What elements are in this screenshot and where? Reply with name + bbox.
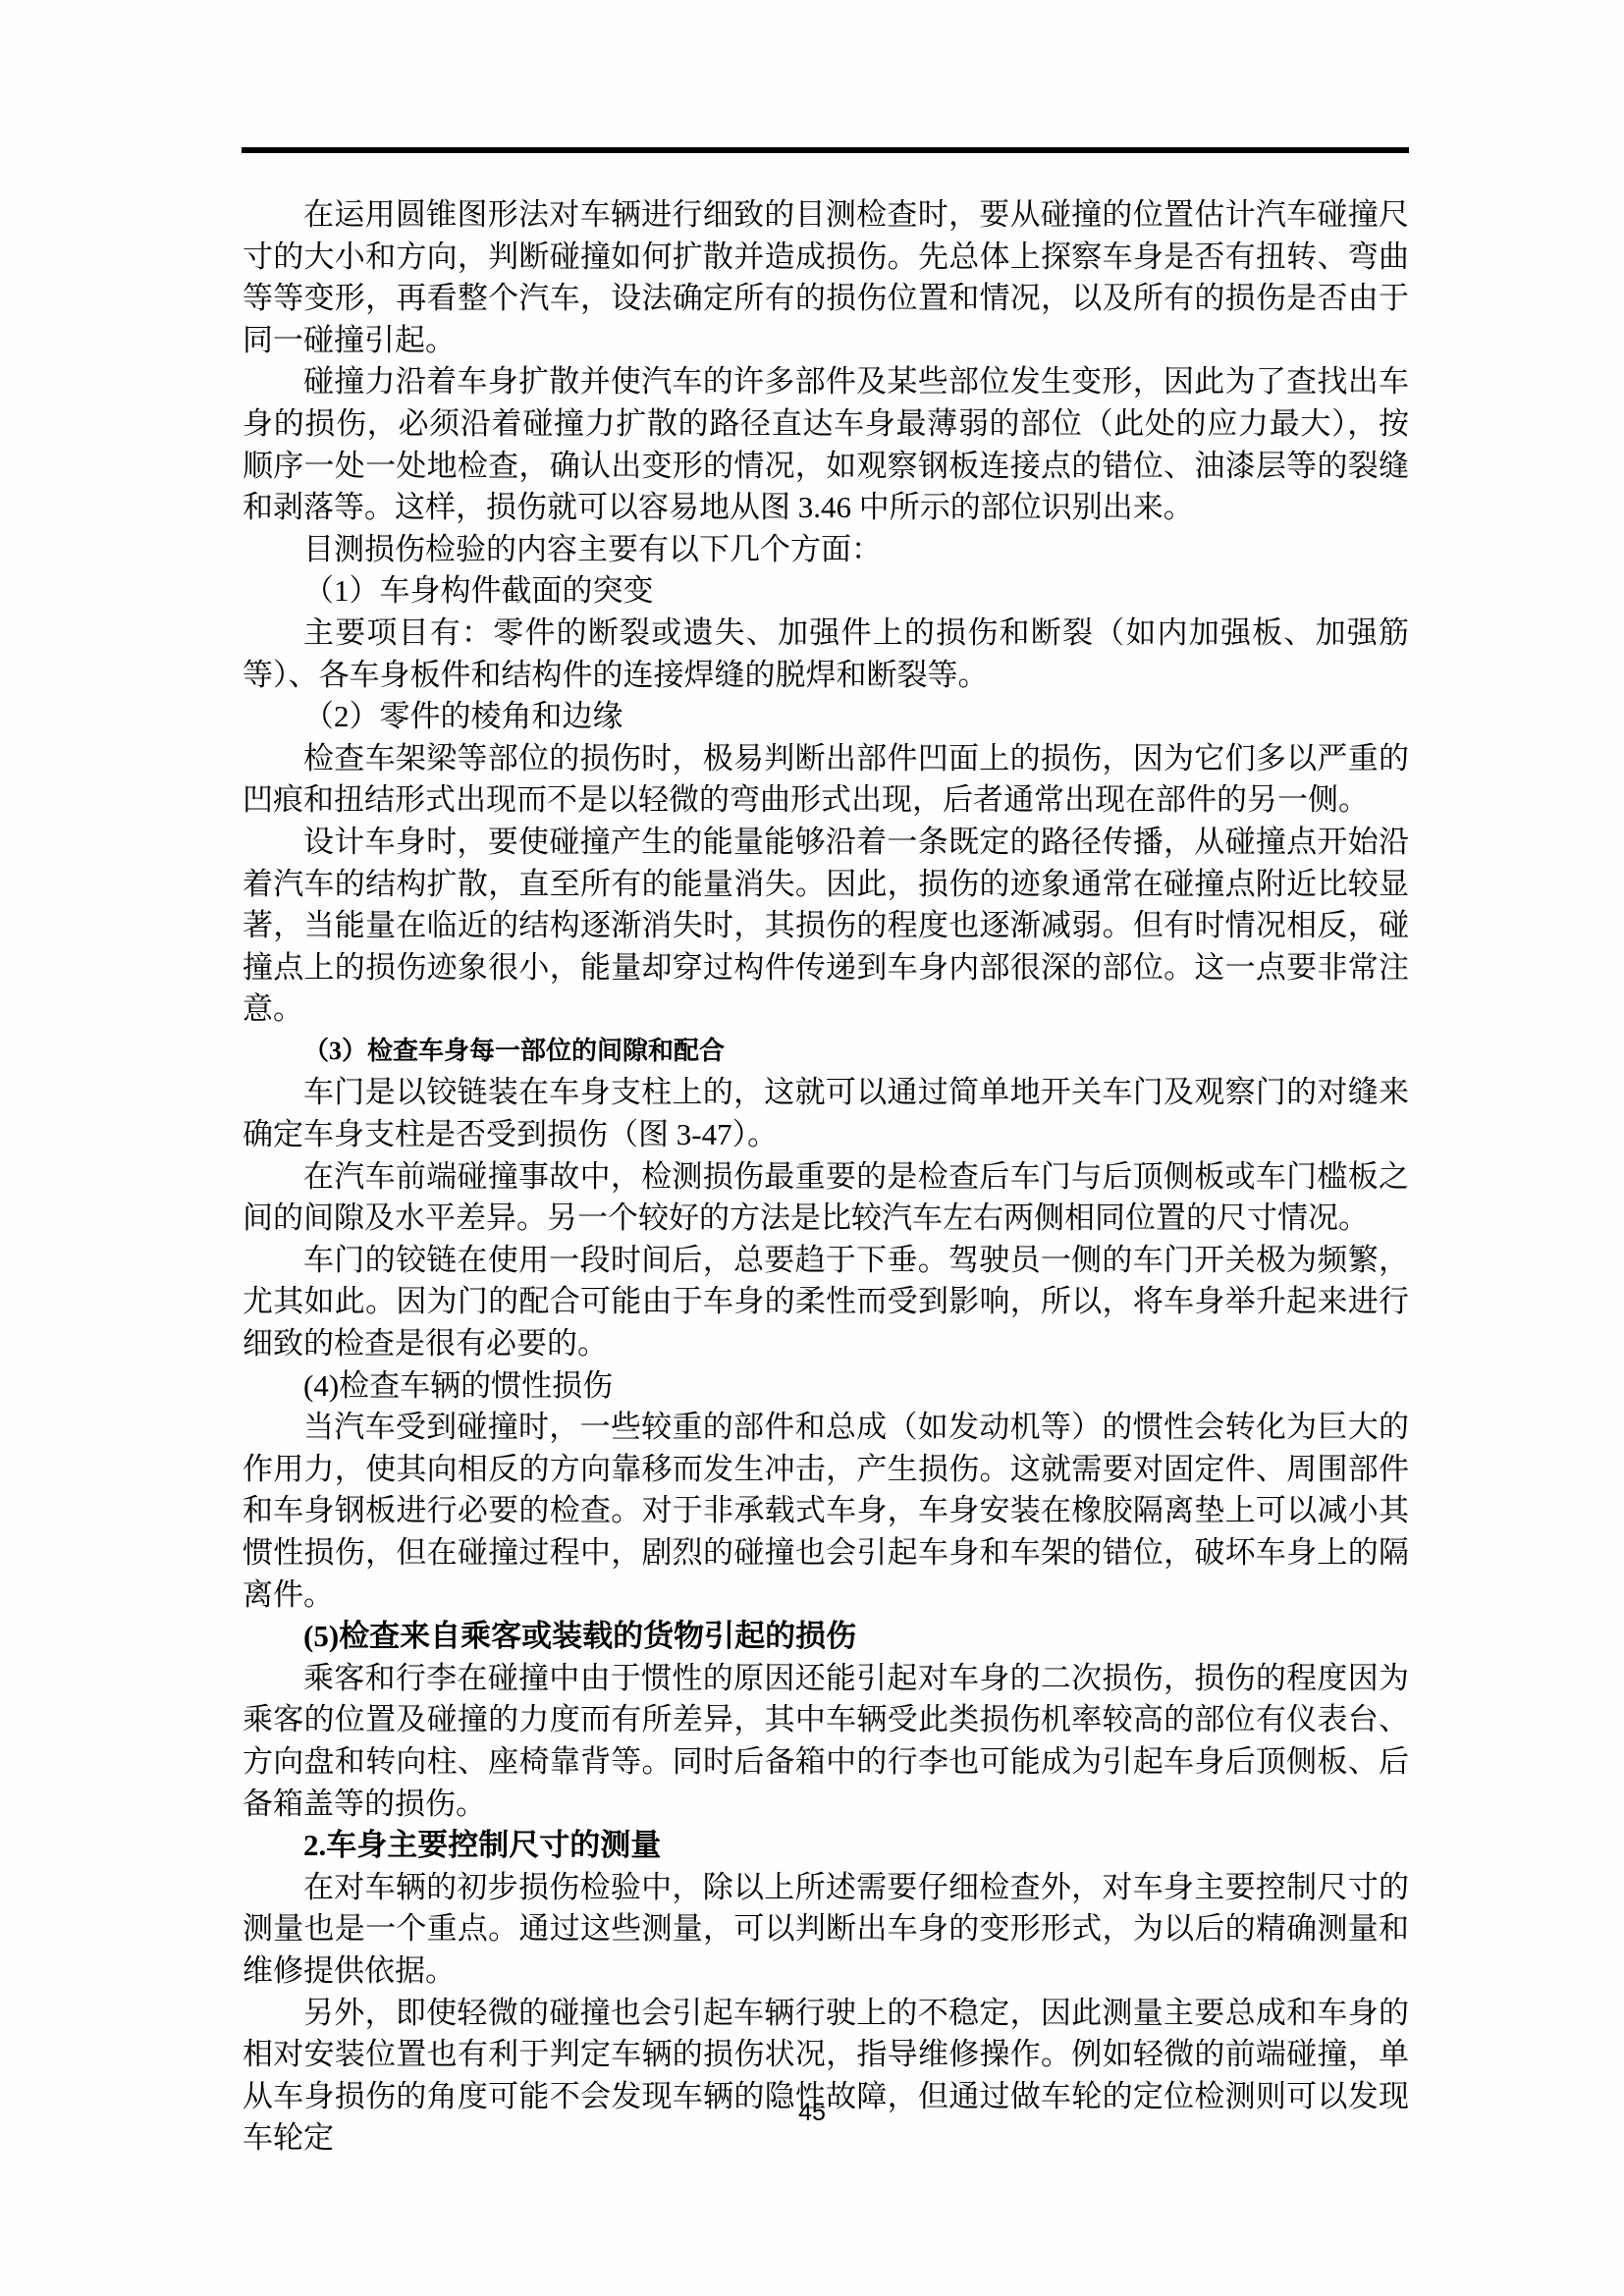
page-number: 45 — [0, 2099, 1624, 2127]
paragraph: （2）零件的棱角和边缘 — [243, 696, 1409, 738]
paragraph: (4)检查车辆的惯性损伤 — [243, 1365, 1409, 1408]
paragraph: 另外，即使轻微的碰撞也会引起车辆行驶上的不稳定，因此测量主要总成和车身的相对安装… — [243, 1993, 1409, 2160]
paragraph: （1）车身构件截面的突变 — [243, 570, 1409, 613]
paragraph: 车门是以铰链装在车身支柱上的，这就可以通过简单地开关车门及观察门的对缝来确定车身… — [243, 1072, 1409, 1155]
header-rule — [242, 147, 1409, 153]
paragraph: 当汽车受到碰撞时，一些较重的部件和总成（如发动机等）的惯性会转化为巨大的作用力，… — [243, 1407, 1409, 1616]
document-page: 在运用圆锥图形法对车辆进行细致的目测检查时，要从碰撞的位置估计汽车碰撞尺寸的大小… — [0, 0, 1624, 2296]
paragraph: 在汽车前端碰撞事故中，检测损伤最重要的是检查后车门与后顶侧板或车门槛板之间的间隙… — [243, 1156, 1409, 1240]
paragraph: 主要项目有：零件的断裂或遗失、加强件上的损伤和断裂（如内加强板、加强筋等）、各车… — [243, 613, 1409, 696]
paragraph: 乘客和行李在碰撞中由于惯性的原因还能引起对车身的二次损伤，损伤的程度因为乘客的位… — [243, 1658, 1409, 1825]
paragraph: 目测损伤检验的内容主要有以下几个方面： — [243, 529, 1409, 571]
paragraph: 在对车辆的初步损伤检验中，除以上所述需要仔细检查外，对车身主要控制尺寸的测量也是… — [243, 1867, 1409, 1993]
document-body: 在运用圆锥图形法对车辆进行细致的目测检查时，要从碰撞的位置估计汽车碰撞尺寸的大小… — [243, 194, 1409, 2160]
paragraph: 在运用圆锥图形法对车辆进行细致的目测检查时，要从碰撞的位置估计汽车碰撞尺寸的大小… — [243, 194, 1409, 361]
subsection-heading: （3）检查车身每一部位的间隙和配合 — [243, 1031, 1409, 1073]
paragraph: 设计车身时，要使碰撞产生的能量能够沿着一条既定的路径传播，从碰撞点开始沿着汽车的… — [243, 822, 1409, 1031]
paragraph: 车门的铰链在使用一段时间后，总要趋于下垂。驾驶员一侧的车门开关极为频繁，尤其如此… — [243, 1240, 1409, 1365]
section-heading: (5)检查来自乘客或装载的货物引起的损伤 — [243, 1616, 1409, 1658]
section-heading: 2.车身主要控制尺寸的测量 — [243, 1825, 1409, 1867]
paragraph: 碰撞力沿着车身扩散并使汽车的许多部件及某些部位发生变形，因此为了查找出车身的损伤… — [243, 361, 1409, 528]
paragraph: 检查车架梁等部位的损伤时，极易判断出部件凹面上的损伤，因为它们多以严重的凹痕和扭… — [243, 738, 1409, 822]
